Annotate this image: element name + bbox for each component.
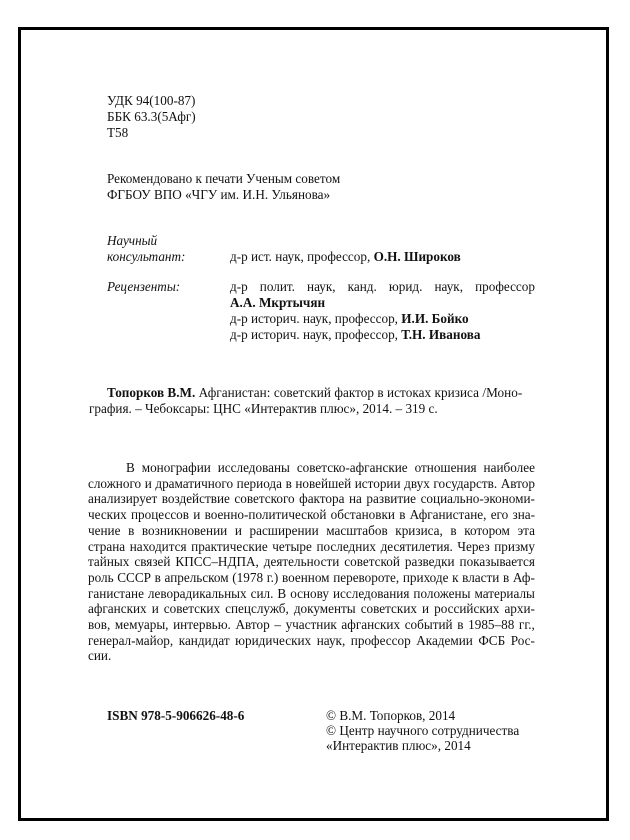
- abstract-line: ческихпроцессовивоенно-политическойобста…: [88, 507, 535, 523]
- copyright: © В.М. Топорков, 2014 © Центр научного с…: [326, 708, 519, 753]
- consultant-label-line-1: Научный: [107, 233, 185, 249]
- abstract-line: вов,мемуары,интервью.Автор–участникафган…: [88, 617, 535, 633]
- reviewer-3: д-р историч. наук, профессор, Т.Н. Ивано…: [230, 327, 535, 343]
- word: юрид.: [389, 279, 423, 295]
- reviewer-2-name: И.И. Бойко: [401, 311, 468, 326]
- abstract-line: сложногоидраматичногопериодавновейшейист…: [88, 476, 535, 492]
- abstract-line: тайныхсвязейКПСС–НДПА,деятельностисоветс…: [88, 554, 535, 570]
- consultant-value: д-р ист. наук, профессор, О.Н. Широков: [230, 249, 461, 265]
- recommendation-line-1: Рекомендовано к печати Ученым советом: [107, 171, 340, 187]
- consultant-title: д-р ист. наук, профессор,: [230, 249, 374, 264]
- abstract-line: странанаходитсяпрактическиечетырепоследн…: [88, 539, 535, 555]
- copyright-publisher-name: «Интерактив плюс», 2014: [326, 738, 519, 753]
- word: наук,: [434, 279, 463, 295]
- consultant-label-line-2: консультант:: [107, 249, 185, 265]
- word: профессор: [475, 279, 535, 295]
- word: наук,: [307, 279, 336, 295]
- word: полит.: [260, 279, 295, 295]
- reviewer-2-title: д-р историч. наук, профессор,: [230, 311, 401, 326]
- reviewer-3-title: д-р историч. наук, профессор,: [230, 327, 401, 342]
- abstract-line: генерал-майор,кандидатюридическихнаук,пр…: [88, 633, 535, 649]
- reviewer-2: д-р историч. наук, профессор, И.И. Бойко: [230, 311, 535, 327]
- abstract-line: рольСССРвапрельском(1978г.)военномперево…: [88, 570, 535, 586]
- page-border: [18, 27, 609, 821]
- recommendation-line-2: ФГБОУ ВПО «ЧГУ им. И.Н. Ульянова»: [107, 187, 340, 203]
- reviewer-1-name: А.А. Мкртычян: [230, 295, 535, 311]
- author-mark: Т58: [107, 125, 196, 141]
- abstract-line: сии.: [88, 648, 535, 664]
- abstract-line: Вмонографииисследованысоветско-афганские…: [107, 460, 535, 476]
- word: канд.: [348, 279, 377, 295]
- reviewers-list: д-р полит. наук, канд. юрид. наук, профе…: [230, 279, 535, 343]
- udk-code: УДК 94(100-87): [107, 93, 196, 109]
- copyright-publisher: © Центр научного сотрудничества: [326, 723, 519, 738]
- word: д-р: [230, 279, 248, 295]
- reviewer-1-title: д-р полит. наук, канд. юрид. наук, профе…: [230, 279, 535, 295]
- abstract-line: ганистанелеворадикальныхсил.Восновуиссле…: [88, 586, 535, 602]
- bibliographic-reference: Топорков В.М. Афганистан: советский факт…: [107, 385, 535, 417]
- bibref-line-2: графия. – Чебоксары: ЦНС «Интерактив плю…: [89, 401, 535, 417]
- publication-recommendation: Рекомендовано к печати Ученым советом ФГ…: [107, 171, 340, 203]
- abstract-line: чениеввозникновенииирасширениимасштабовк…: [88, 523, 535, 539]
- abstract-line: анализируетвоздействиесоветскогофакторан…: [88, 491, 535, 507]
- reviewers-label: Рецензенты:: [107, 279, 180, 295]
- abstract-line: афганскихисоветскихспецслужб,документысо…: [88, 601, 535, 617]
- isbn: ISBN 978-5-906626-48-6: [107, 708, 244, 724]
- consultant-name: О.Н. Широков: [374, 249, 461, 264]
- copyright-author: © В.М. Топорков, 2014: [326, 708, 519, 723]
- reviewer-3-name: Т.Н. Иванова: [401, 327, 480, 342]
- bibref-title: Афганистан: советский фактор в истоках к…: [195, 385, 522, 400]
- classification-codes: УДК 94(100-87) ББК 63.3(5Афг) Т58: [107, 93, 196, 141]
- bibref-author: Топорков В.М.: [107, 385, 195, 400]
- abstract: Вмонографииисследованысоветско-афганские…: [107, 460, 535, 664]
- consultant-label: Научный консультант:: [107, 233, 185, 265]
- bbk-code: ББК 63.3(5Афг): [107, 109, 196, 125]
